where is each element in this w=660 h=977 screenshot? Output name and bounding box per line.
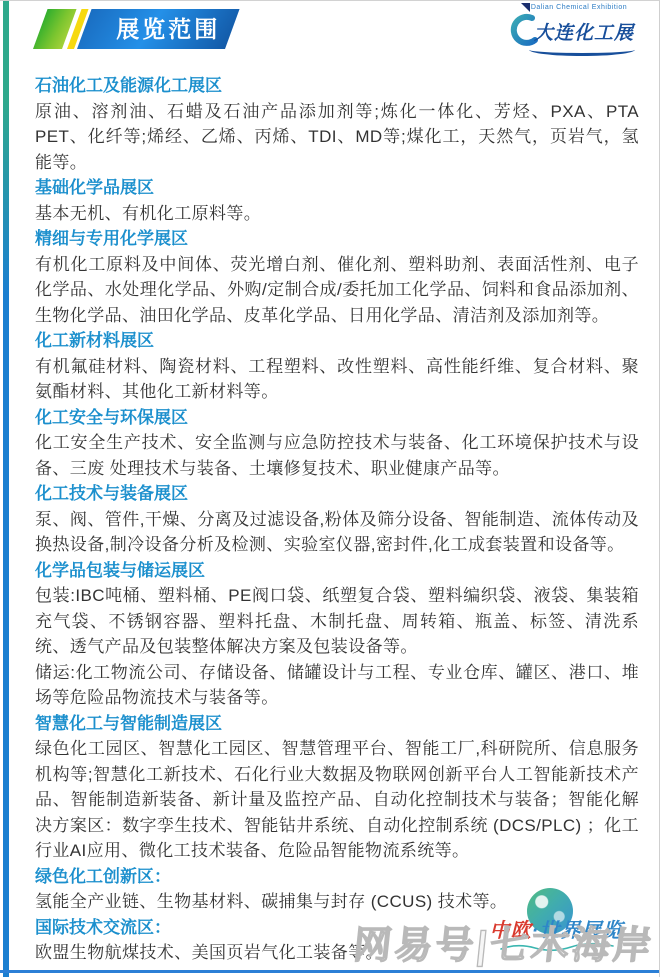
section-packaging-storage: 化学品包装与储运展区 包装:IBC吨桶、塑料桶、PE阀口袋、纸塑复合袋、塑料编织… [35, 558, 639, 711]
logo-flag-icon [521, 3, 530, 12]
section-body: 有机氟硅材料、陶瓷材料、工程塑料、改性塑料、高性能纤维、复合材料、聚氨酯材料、其… [35, 354, 639, 405]
section-title: 精细与专用化学展区 [35, 226, 639, 252]
netease-watermark: 网易号|七木海岸 [351, 914, 657, 969]
section-smart-chemical-manufacturing: 智慧化工与智能制造展区 绿色化工园区、智慧化工园区、智慧管理平台、智能工厂,科研… [35, 711, 639, 864]
exhibition-scope-list: 石油化工及能源化工展区 原油、溶剂油、石蜡及石油产品添加剂等;炼化一体化、芳烃、… [35, 73, 639, 966]
section-title: 基础化学品展区 [35, 175, 639, 201]
section-body: 包装:IBC吨桶、塑料桶、PE阀口袋、纸塑复合袋、塑料编织袋、液袋、集装箱充气袋… [35, 583, 639, 711]
footer: 中欧·世界展览 网易号|七木海岸 [0, 897, 659, 977]
section-title: 化工技术与装备展区 [35, 481, 639, 507]
section-fine-specialty-chemicals: 精细与专用化学展区 有机化工原料及中间体、荧光增白剂、催化剂、塑料助剂、表面活性… [35, 226, 639, 328]
section-body: 有机化工原料及中间体、荧光增白剂、催化剂、塑料助剂、表面活性剂、电子化学品、水处… [35, 252, 639, 329]
left-accent-bar [3, 1, 9, 977]
dalian-chemical-expo-logo: Dalian Chemical Exhibition 大连化工展 [495, 3, 645, 56]
section-title: 化学品包装与储运展区 [35, 558, 639, 584]
page: 展览范围 Dalian Chemical Exhibition 大连化工展 石油… [0, 0, 660, 977]
logo-row: 大连化工展 [495, 13, 645, 49]
logo-subtitle: Dalian Chemical Exhibition [495, 3, 645, 13]
section-new-materials: 化工新材料展区 有机氟硅材料、陶瓷材料、工程塑料、改性塑料、高性能纤维、复合材料… [35, 328, 639, 405]
banner-blue-shape: 展览范围 [77, 9, 240, 49]
section-body: 化工安全生产技术、安全监测与应急防控技术与装备、化工环境保护技术与设备、三废 处… [35, 430, 639, 481]
section-body: 绿色化工园区、智慧化工园区、智慧管理平台、智能工厂,科研院所、信息服务机构等;智… [35, 736, 639, 864]
section-body: 泵、阀、管件,干燥、分离及过滤设备,粉体及筛分设备、智能制造、流体传动及换热设备… [35, 507, 639, 558]
section-title: 石油化工及能源化工展区 [35, 73, 639, 99]
section-title: 智慧化工与智能制造展区 [35, 711, 639, 737]
section-title: 绿色化工创新区： [35, 864, 639, 890]
section-title: 化工安全与环保展区 [35, 405, 639, 431]
section-petrochemical: 石油化工及能源化工展区 原油、溶剂油、石蜡及石油产品添加剂等;炼化一体化、芳烃、… [35, 73, 639, 175]
section-banner: 展览范围 [33, 9, 313, 49]
banner-title: 展览范围 [84, 9, 220, 49]
section-body: 原油、溶剂油、石蜡及石油产品添加剂等;炼化一体化、芳烃、PXA、PTA PET、… [35, 99, 639, 176]
bottom-rule [0, 970, 659, 973]
section-basic-chemicals: 基础化学品展区 基本无机、有机化工原料等。 [35, 175, 639, 226]
section-technology-equipment: 化工技术与装备展区 泵、阀、管件,干燥、分离及过滤设备,粉体及筛分设备、智能制造… [35, 481, 639, 558]
logo-title: 大连化工展 [534, 18, 634, 45]
logo-underline-swoosh [529, 49, 635, 56]
section-body: 基本无机、有机化工原料等。 [35, 201, 639, 227]
section-safety-environment: 化工安全与环保展区 化工安全生产技术、安全监测与应急防控技术与装备、化工环境保护… [35, 405, 639, 482]
section-title: 化工新材料展区 [35, 328, 639, 354]
